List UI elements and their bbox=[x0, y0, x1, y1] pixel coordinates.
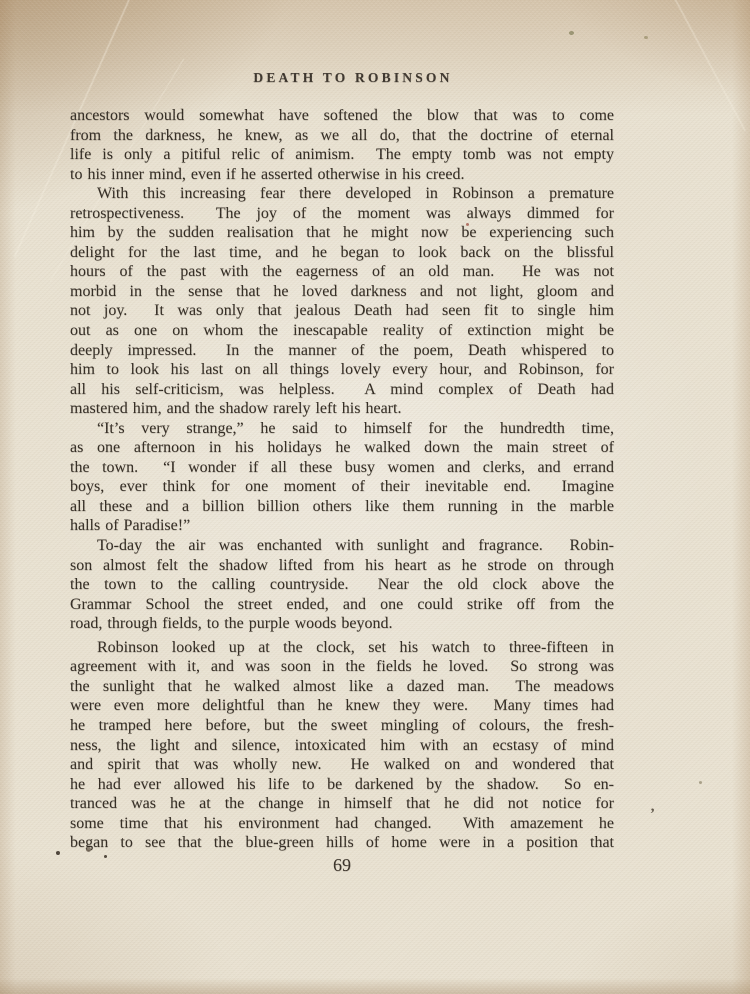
paper-crease bbox=[669, 0, 747, 131]
text-line: “It’s very strange,” he said to himself … bbox=[70, 419, 614, 439]
text-line: son almost felt the shadow lifted from h… bbox=[70, 556, 614, 576]
stray-ink-mark: ’ bbox=[650, 806, 655, 823]
text-line: out as one on whom the inescapable reali… bbox=[70, 321, 614, 341]
text-line: life is only a pitiful relic of animism.… bbox=[70, 145, 614, 165]
text-line: to his inner mind, even if he asserted o… bbox=[70, 165, 614, 185]
text-line: him by the sudden realisation that he mi… bbox=[70, 223, 614, 243]
text-line: retrospectiveness. The joy of the moment… bbox=[70, 204, 614, 224]
text-line: deeply impressed. In the manner of the p… bbox=[70, 341, 614, 361]
ink-speck bbox=[699, 781, 702, 784]
text-line: as one afternoon in his holidays he walk… bbox=[70, 438, 614, 458]
text-line: ancestors would somewhat have softened t… bbox=[70, 106, 614, 126]
paragraph: To-day the air was enchanted with sunlig… bbox=[70, 536, 614, 634]
text-line: the town to the calling countryside. Nea… bbox=[70, 575, 614, 595]
text-line: ness, the light and silence, intoxicated… bbox=[70, 736, 614, 756]
text-line: delight for the last time, and he began … bbox=[70, 243, 614, 263]
text-line: began to see that the blue-green hills o… bbox=[70, 833, 614, 853]
text-line: tranced was he at the change in himself … bbox=[70, 794, 614, 814]
text-line: hours of the past with the eagerness of … bbox=[70, 262, 614, 282]
text-line: some time that his environment had chang… bbox=[70, 814, 614, 834]
paragraph: “It’s very strange,” he said to himself … bbox=[70, 419, 614, 536]
paragraph: With this increasing fear there develope… bbox=[70, 184, 614, 419]
text-line: the town. “I wonder if all these busy wo… bbox=[70, 458, 614, 478]
text-line: from the darkness, he knew, as we all do… bbox=[70, 126, 614, 146]
paragraph: ancestors would somewhat have softened t… bbox=[70, 106, 614, 184]
text-line: Grammar School the street ended, and one… bbox=[70, 595, 614, 615]
body-text: ancestors would somewhat have softened t… bbox=[70, 106, 614, 853]
text-line: To-day the air was enchanted with sunlig… bbox=[70, 536, 614, 556]
text-line: not joy. It was only that jealous Death … bbox=[70, 301, 614, 321]
text-line: Robinson looked up at the clock, set his… bbox=[70, 638, 614, 658]
paragraph: Robinson looked up at the clock, set his… bbox=[70, 638, 614, 853]
text-line: mastered him, and the shadow rarely left… bbox=[70, 399, 614, 419]
text-line: he tramped here before, but the sweet mi… bbox=[70, 716, 614, 736]
text-line: road, through fields, to the purple wood… bbox=[70, 614, 614, 634]
text-line: With this increasing fear there develope… bbox=[70, 184, 614, 204]
ink-speck bbox=[56, 851, 60, 855]
text-line: he had ever allowed his life to be darke… bbox=[70, 775, 614, 795]
text-line: all these and a billion billion others l… bbox=[70, 497, 614, 517]
text-line: agreement with it, and was soon in the f… bbox=[70, 657, 614, 677]
text-line: all his self-criticism, was helpless. A … bbox=[70, 380, 614, 400]
text-line: the sunlight that he walked almost like … bbox=[70, 677, 614, 697]
ink-speck bbox=[569, 31, 574, 35]
text-line: boys, ever think for one moment of their… bbox=[70, 477, 614, 497]
text-line: halls of Paradise!” bbox=[70, 516, 614, 536]
text-line: and spirit that was wholly new. He walke… bbox=[70, 755, 614, 775]
running-header: DEATH TO ROBINSON bbox=[81, 70, 625, 86]
text-line: morbid in the sense that he loved darkne… bbox=[70, 282, 614, 302]
page-number: 69 bbox=[70, 855, 614, 876]
scanned-book-page: DEATH TO ROBINSON ancestors would somewh… bbox=[0, 0, 750, 994]
text-line: were even more delightful than he knew t… bbox=[70, 696, 614, 716]
ink-speck bbox=[644, 36, 648, 39]
text-line: him to look his last on all things lovel… bbox=[70, 360, 614, 380]
